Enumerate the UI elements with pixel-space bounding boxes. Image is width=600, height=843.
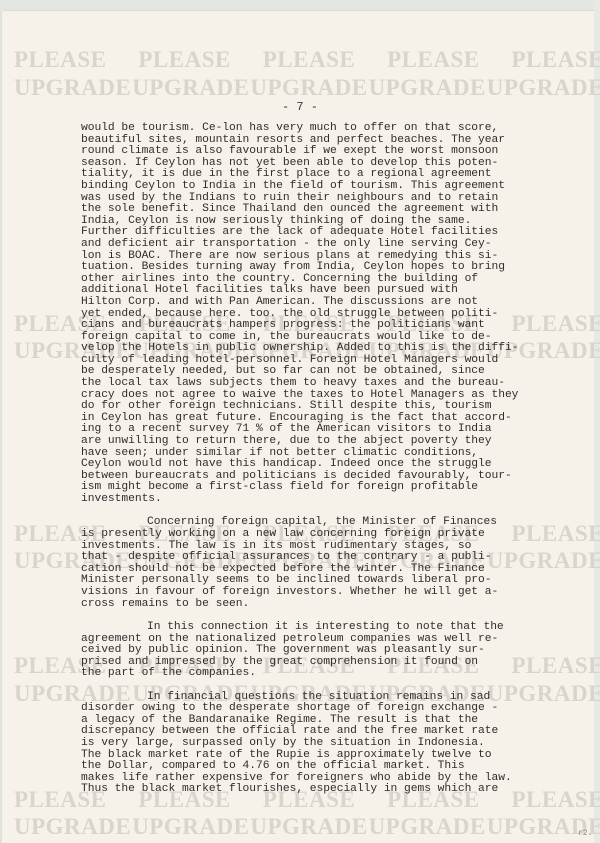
text-line: binding Ceylon to India in the field of …: [81, 181, 600, 193]
text-line: In this connection it is interesting to …: [81, 622, 600, 634]
paragraph-gap: [81, 680, 600, 692]
paragraph: In this connection it is interesting to …: [81, 622, 600, 680]
text-line: visions in favour of foreign investors. …: [81, 587, 600, 599]
text-line: the part of the companies.: [81, 668, 600, 680]
text-line: is very large, surpassed only by the sit…: [81, 738, 600, 750]
watermark-word: PLEASE: [387, 47, 479, 73]
watermark-word: UPGRADE: [132, 75, 249, 101]
paragraph: In financial questions the situation rem…: [81, 692, 600, 796]
watermark-word: UPGRADE: [487, 75, 600, 101]
watermark-word: PLEASE: [14, 47, 106, 73]
text-line: cians and bureaucrats hampers progress: …: [81, 320, 600, 332]
watermark-word: UPGRADE: [250, 75, 367, 101]
corner-mark: r2.: [578, 829, 592, 838]
watermark-word: UPGRADE: [14, 75, 131, 101]
watermark-word: PLEASE: [263, 47, 355, 73]
watermark-row-upgrade: UPGRADEUPGRADEUPGRADEUPGRADEUPGRADE: [14, 75, 600, 101]
text-line: ceived by public opinion. The government…: [81, 645, 600, 657]
watermark-word: PLEASE: [138, 47, 230, 73]
watermark-word: UPGRADE: [369, 75, 486, 101]
text-line: is presently working on a new law concer…: [81, 529, 600, 541]
watermark-word: PLEASE: [512, 47, 600, 73]
text-line: Hilton Corp. and with Pan American. The …: [81, 297, 600, 309]
text-line: and deficient air transportation - the o…: [81, 239, 600, 251]
text-line: are unwilling to return there, due to th…: [81, 436, 600, 448]
watermark-row-please: PLEASEPLEASEPLEASEPLEASEPLEASE: [14, 47, 600, 73]
scan-top-border: [0, 0, 600, 11]
text-line: the sole benefit. Since Thailand den oun…: [81, 204, 600, 216]
watermark-word: UPGRADE: [250, 814, 367, 840]
watermark-row-upgrade: UPGRADEUPGRADEUPGRADEUPGRADEUPGRADE: [14, 814, 600, 840]
text-line: the local tax laws subjects them to heav…: [81, 378, 600, 390]
text-line: investments.: [81, 494, 600, 506]
watermark-word: UPGRADE: [14, 814, 131, 840]
watermark-word: UPGRADE: [132, 814, 249, 840]
text-line: tuation. Besides turning away from India…: [81, 262, 600, 274]
watermark-word: UPGRADE: [369, 814, 486, 840]
text-line: cross remains to be seen.: [81, 599, 600, 611]
document-body: would be tourism. Ce-lon has very much t…: [81, 123, 600, 796]
paragraph: would be tourism. Ce-lon has very much t…: [81, 123, 600, 506]
text-line: Thus the black market flourishes, especi…: [81, 784, 600, 796]
text-line: would be tourism. Ce-lon has very much t…: [81, 123, 600, 135]
page-number: - 7 -: [0, 100, 600, 114]
paragraph: Concerning foreign capital, the Minister…: [81, 517, 600, 610]
